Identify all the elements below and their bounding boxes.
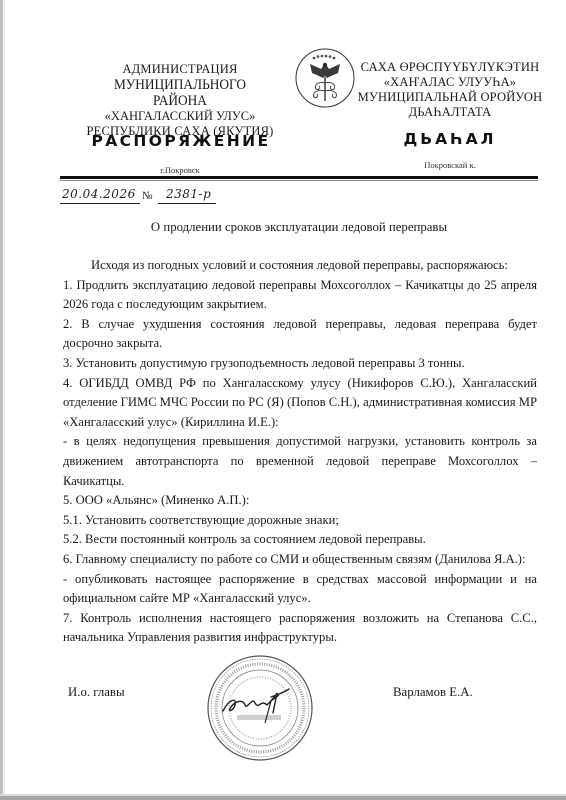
- clause-5-1: 5.1. Установить соответствующие дорожные…: [63, 511, 537, 531]
- document-date: 20.04.2026: [62, 187, 136, 201]
- doc-type-ru: РАСПОРЯЖЕНИЕ: [86, 132, 276, 150]
- header-left-line2: МУНИЦИПАЛЬНОГО РАЙОНА: [88, 77, 272, 109]
- clause-3: 3. Установить допустимую грузоподъемност…: [63, 354, 537, 374]
- clause-5: 5. ООО «Альянс» (Миненко А.П.):: [63, 491, 537, 511]
- number-sign: №: [142, 190, 153, 202]
- header-right-line2: «ХАҤАЛАС УЛУУҺА»: [350, 75, 550, 90]
- clause-5-2: 5.2. Вести постоянный контроль за состоя…: [63, 530, 537, 550]
- clause-2: 2. В случае ухудшения состояния ледовой …: [63, 315, 537, 354]
- header-right-line1: САХА ӨРӨСПҮҮБҮЛҮКЭТИН: [350, 60, 550, 75]
- header-left-block: АДМИНИСТРАЦИЯ МУНИЦИПАЛЬНОГО РАЙОНА «ХАН…: [80, 62, 280, 139]
- clause-4: 4. ОГИБДД ОМВД РФ по Хангаласскому улусу…: [63, 374, 537, 433]
- clause-6: 6. Главному специалисту по работе со СМИ…: [63, 550, 537, 570]
- document-number: 2381-р: [166, 187, 211, 201]
- clause-7: 7. Контроль исполнения настоящего распор…: [63, 609, 537, 648]
- coat-of-arms-emblem-icon: [294, 47, 356, 109]
- official-seal-icon: [205, 653, 315, 763]
- header-divider-thin: [60, 180, 538, 181]
- page-left-edge: [0, 0, 3, 800]
- page-bottom-edge: [0, 796, 566, 800]
- header-right-line3: МУНИЦИПАЛЬНАЙ ОРОЙУОН: [350, 90, 550, 105]
- clause-1: 1. Продлить эксплуатацию ледовой перепра…: [63, 276, 537, 315]
- document-subject: О продлении сроков эксплуатации ледовой …: [60, 220, 538, 235]
- page-left-edge-highlight: [4, 0, 5, 800]
- place-ru: г.Покровск: [120, 165, 240, 175]
- header-left-line1: АДМИНИСТРАЦИЯ: [80, 62, 280, 77]
- header-right-line4: ДЬАҺАЛТАТА: [350, 105, 550, 120]
- page-bottom-edge-highlight: [0, 794, 566, 796]
- header-right-block: САХА ӨРӨСПҮҮБҮЛҮКЭТИН «ХАҤАЛАС УЛУУҺА» М…: [350, 60, 550, 120]
- clause-4-detail: - в целях недопущения превышения допусти…: [63, 432, 537, 491]
- signatory-role: И.о. главы: [68, 685, 125, 700]
- preamble: Исходя из погодных условий и состояния л…: [63, 256, 537, 276]
- signatory-name: Варламов Е.А.: [393, 685, 473, 700]
- document-body: Исходя из погодных условий и состояния л…: [63, 256, 537, 648]
- header-left-line3: «ХАНГАЛАССКИЙ УЛУС»: [80, 109, 280, 124]
- doc-type-sakha: ДЬАҺАЛ: [395, 130, 505, 148]
- place-sakha: Покровскай к.: [395, 160, 505, 170]
- clause-6-detail: - опубликовать настоящее распоряжение в …: [63, 570, 537, 609]
- header-divider: [60, 176, 538, 179]
